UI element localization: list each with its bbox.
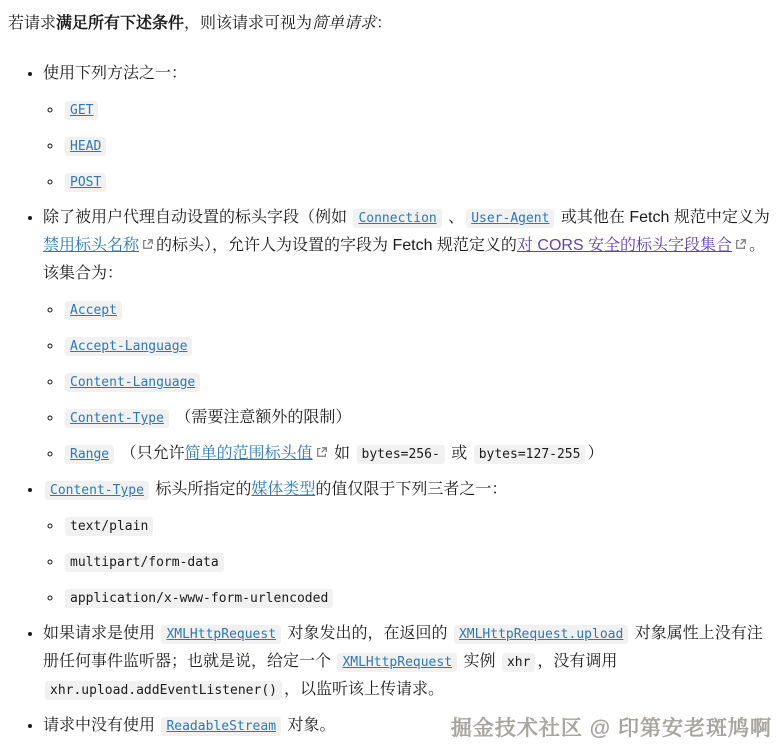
text: ，没有调用 xyxy=(537,653,617,670)
sub-item-text: Accept-Language xyxy=(63,332,774,360)
sub-list-item: Range （只允许简单的范围标头值 如 bytes=256- 或 bytes=… xyxy=(63,440,774,468)
sub-item-text: GET xyxy=(63,96,774,124)
code-link[interactable]: XMLHttpRequest.upload xyxy=(454,625,628,644)
condition-text: 如果请求是使用 XMLHttpRequest 对象发出的，在返回的 XMLHtt… xyxy=(43,620,774,704)
sub-list-item: Accept xyxy=(63,296,774,324)
condition-item: 请求中没有使用 ReadableStream 对象。 xyxy=(43,712,774,740)
text: （只允许 xyxy=(116,445,184,462)
sub-item-text: text/plain xyxy=(63,512,774,540)
code-link[interactable]: Accept xyxy=(65,301,122,320)
text: 标头所指定的 xyxy=(151,481,251,498)
sub-item-text: application/x-www-form-urlencoded xyxy=(63,584,774,612)
sub-list-item: HEAD xyxy=(63,132,774,160)
code-link[interactable]: Connection xyxy=(353,209,441,228)
sub-list-item: POST xyxy=(63,168,774,196)
condition-item: Content-Type 标头所指定的媒体类型的值仅限于下列三者之一：text/… xyxy=(43,476,774,612)
text: ，以监听该上传请求。 xyxy=(284,681,444,698)
link[interactable]: 媒体类型 xyxy=(251,481,315,498)
sub-list-item: application/x-www-form-urlencoded xyxy=(63,584,774,612)
sub-list-item: multipart/form-data xyxy=(63,548,774,576)
code-chip: bytes=127-255 xyxy=(474,445,586,464)
code-link[interactable]: Accept-Language xyxy=(65,337,192,356)
text: ： xyxy=(376,15,392,32)
text: 使用下列方法之一： xyxy=(43,65,187,82)
text: 若请求 xyxy=(8,15,56,32)
italic-text: 简单请求 xyxy=(312,15,376,32)
text: ） xyxy=(587,445,603,462)
text: 实例 xyxy=(459,653,500,670)
bold-text: 满足所有下述条件 xyxy=(56,15,184,32)
text: 如 xyxy=(330,445,355,462)
condition-text: 请求中没有使用 ReadableStream 对象。 xyxy=(43,712,774,740)
external-link-icon xyxy=(142,238,154,250)
code-chip: text/plain xyxy=(65,517,153,536)
text: 如果请求是使用 xyxy=(43,625,159,642)
code-link[interactable]: Content-Type xyxy=(45,481,149,500)
code-chip: multipart/form-data xyxy=(65,553,224,572)
visited-link[interactable]: 对 CORS 安全的标头字段集合 xyxy=(517,237,732,254)
external-link-icon xyxy=(316,446,328,458)
condition-text: 除了被用户代理自动设置的标头字段（例如 Connection 、User-Age… xyxy=(43,204,774,288)
external-link-icon xyxy=(735,238,747,250)
link[interactable]: 简单的范围标头值 xyxy=(185,445,313,462)
text: 请求中没有使用 xyxy=(43,717,159,734)
condition-item: 使用下列方法之一：GETHEADPOST xyxy=(43,60,774,196)
code-chip: bytes=256- xyxy=(357,445,445,464)
code-chip: xhr.upload.addEventListener() xyxy=(45,681,282,700)
link[interactable]: 禁用标头名称 xyxy=(43,237,139,254)
conditions-list: 使用下列方法之一：GETHEADPOST除了被用户代理自动设置的标头字段（例如 … xyxy=(8,60,774,740)
sub-item-text: multipart/form-data xyxy=(63,548,774,576)
sub-item-text: Range （只允许简单的范围标头值 如 bytes=256- 或 bytes=… xyxy=(63,440,774,468)
text: ，则该请求可视为 xyxy=(184,15,312,32)
text: 的标头），允许人为设置的字段为 Fetch 规范定义的 xyxy=(156,237,517,254)
condition-item: 除了被用户代理自动设置的标头字段（例如 Connection 、User-Age… xyxy=(43,204,774,468)
code-link[interactable]: POST xyxy=(65,173,106,192)
sub-item-text: HEAD xyxy=(63,132,774,160)
text: 除了被用户代理自动设置的标头字段（例如 xyxy=(43,209,351,226)
article-content: 若请求满足所有下述条件，则该请求可视为简单请求： 使用下列方法之一：GETHEA… xyxy=(8,10,774,740)
sub-list-item: Content-Language xyxy=(63,368,774,396)
code-link[interactable]: XMLHttpRequest xyxy=(161,625,281,644)
text: 的值仅限于下列三者之一： xyxy=(315,481,507,498)
code-link[interactable]: User-Agent xyxy=(466,209,554,228)
text: 对象。 xyxy=(283,717,335,734)
intro-paragraph: 若请求满足所有下述条件，则该请求可视为简单请求： xyxy=(8,10,774,38)
sub-list: AcceptAccept-LanguageContent-LanguageCon… xyxy=(43,296,774,468)
condition-item: 如果请求是使用 XMLHttpRequest 对象发出的，在返回的 XMLHtt… xyxy=(43,620,774,704)
code-link[interactable]: ReadableStream xyxy=(161,717,281,736)
code-link[interactable]: HEAD xyxy=(65,137,106,156)
sub-list-item: GET xyxy=(63,96,774,124)
code-link[interactable]: Content-Type xyxy=(65,409,169,428)
text: （需要注意额外的限制） xyxy=(171,409,351,426)
sub-item-text: Content-Type （需要注意额外的限制） xyxy=(63,404,774,432)
condition-text: Content-Type 标头所指定的媒体类型的值仅限于下列三者之一： xyxy=(43,476,774,504)
sub-list: text/plainmultipart/form-dataapplication… xyxy=(43,512,774,612)
code-link[interactable]: XMLHttpRequest xyxy=(337,653,457,672)
condition-text: 使用下列方法之一： xyxy=(43,60,774,88)
sub-list: GETHEADPOST xyxy=(43,96,774,196)
code-link[interactable]: GET xyxy=(65,101,98,120)
sub-list-item: Accept-Language xyxy=(63,332,774,360)
sub-item-text: POST xyxy=(63,168,774,196)
sub-list-item: Content-Type （需要注意额外的限制） xyxy=(63,404,774,432)
code-link[interactable]: Range xyxy=(65,445,114,464)
code-chip: xhr xyxy=(502,653,535,672)
text: 或 xyxy=(447,445,472,462)
text: 、 xyxy=(444,209,464,226)
sub-list-item: text/plain xyxy=(63,512,774,540)
sub-item-text: Content-Language xyxy=(63,368,774,396)
text: 或其他在 Fetch 规范中定义为 xyxy=(556,209,769,226)
code-chip: application/x-www-form-urlencoded xyxy=(65,589,333,608)
text: 对象发出的，在返回的 xyxy=(283,625,452,642)
code-link[interactable]: Content-Language xyxy=(65,373,200,392)
sub-item-text: Accept xyxy=(63,296,774,324)
